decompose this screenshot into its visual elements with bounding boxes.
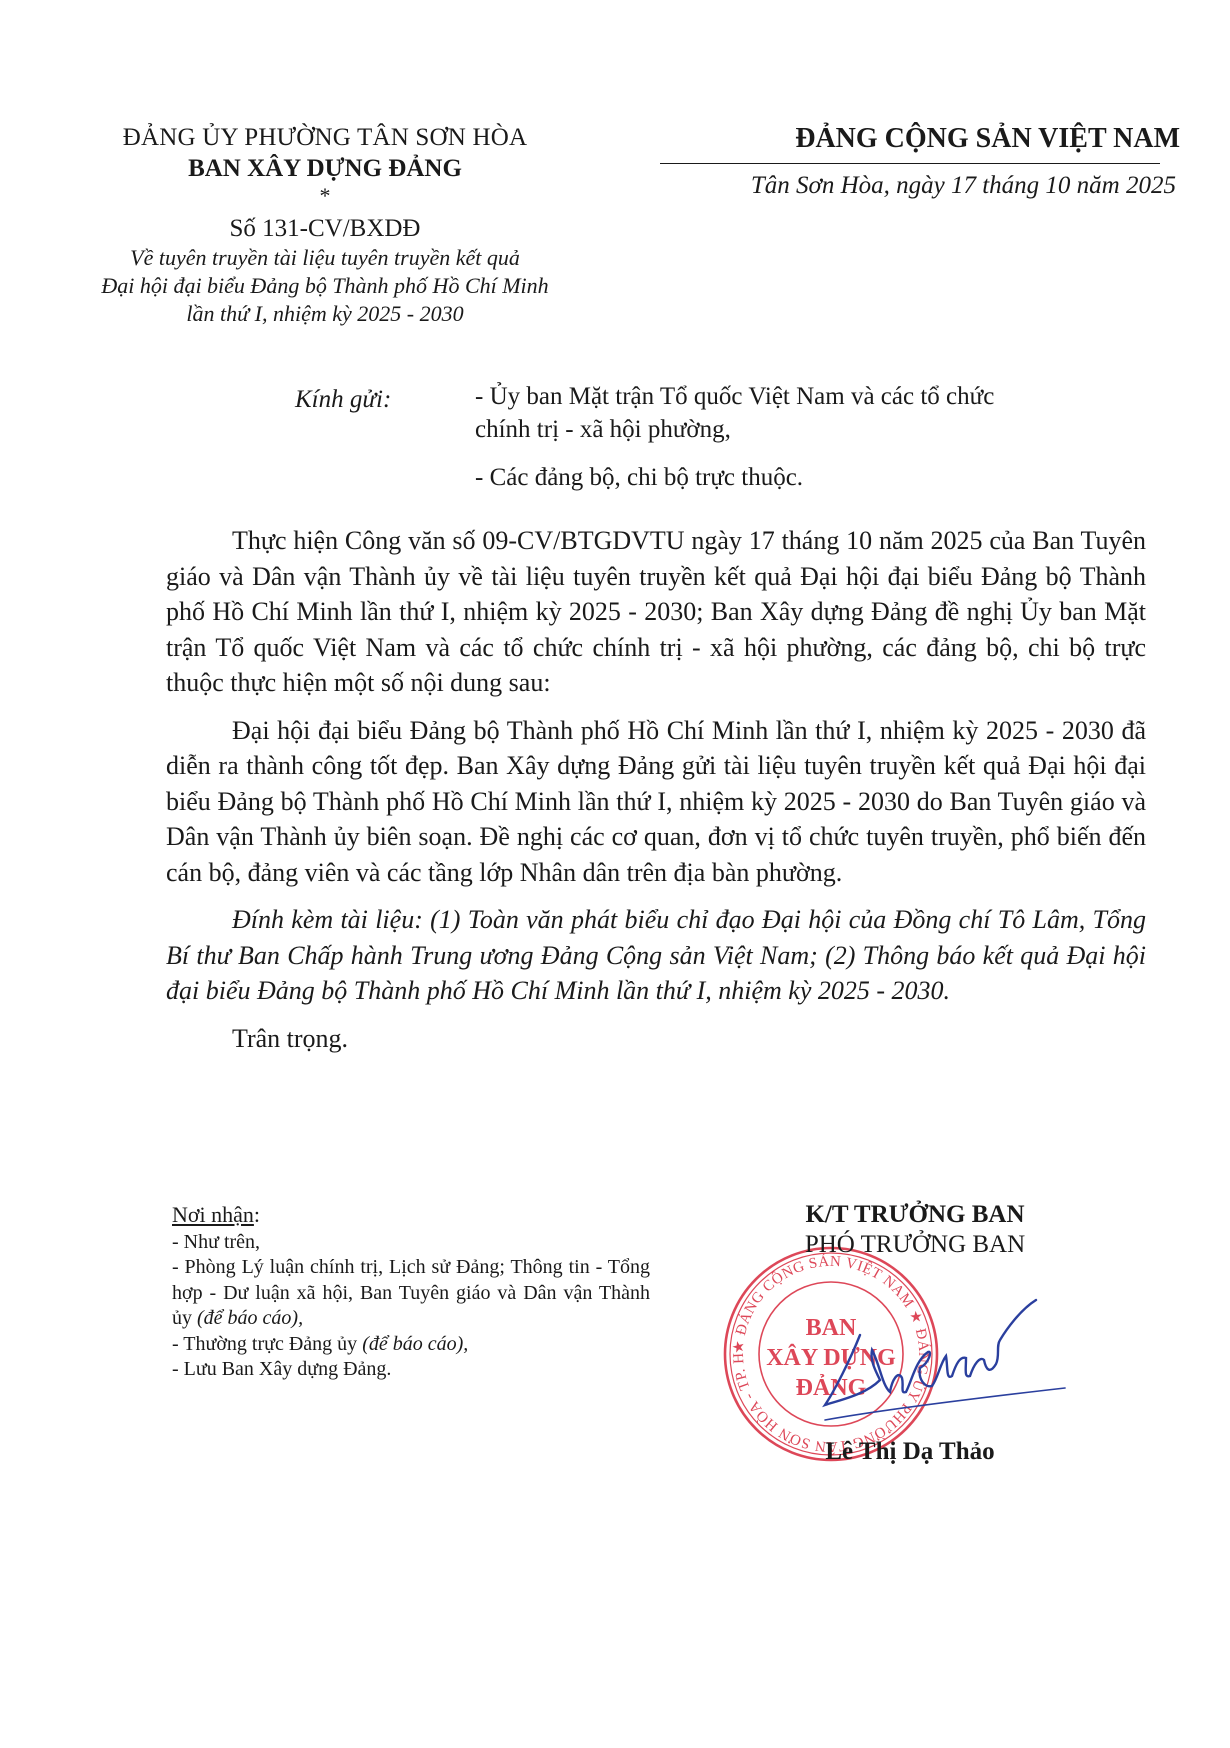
body-paragraph: Đại hội đại biểu Đảng bộ Thành phố Hồ Ch… bbox=[166, 713, 1146, 891]
signature-block: K/T TRƯỞNG BAN PHÓ TRƯỞNG BAN bbox=[755, 1200, 1075, 1260]
separator-star: * bbox=[90, 186, 560, 206]
signer-name: Lê Thị Dạ Thảo bbox=[760, 1438, 1060, 1466]
signer-title-primary: K/T TRƯỞNG BAN bbox=[755, 1200, 1075, 1230]
addressee-item: - Các đảng bộ, chi bộ trực thuộc. bbox=[475, 461, 1035, 494]
subject-line: Đại hội đại biểu Đảng bộ Thành phố Hồ Ch… bbox=[90, 272, 560, 300]
closing: Trân trọng. bbox=[166, 1021, 1146, 1057]
addressee-list: - Ủy ban Mặt trận Tổ quốc Việt Nam và cá… bbox=[475, 380, 1035, 509]
signer-title-secondary: PHÓ TRƯỞNG BAN bbox=[755, 1230, 1075, 1260]
recipient-text: - Thường trực Đảng ủy bbox=[172, 1333, 362, 1355]
recipients-block: Nơi nhận: - Như trên, - Phòng Lý luận ch… bbox=[172, 1202, 650, 1383]
addressee-item: - Ủy ban Mặt trận Tổ quốc Việt Nam và cá… bbox=[475, 380, 1035, 446]
recipient-text: - Lưu Ban Xây dựng Đảng. bbox=[172, 1358, 391, 1380]
body-paragraph: Thực hiện Công văn số 09-CV/BTGDVTU ngày… bbox=[166, 523, 1146, 701]
recipient-note: (để báo cáo), bbox=[197, 1307, 303, 1329]
place-date: Tân Sơn Hòa, ngày 17 tháng 10 năm 2025 bbox=[660, 170, 1176, 202]
attachment-note: Đính kèm tài liệu: (1) Toàn văn phát biể… bbox=[166, 902, 1146, 1009]
document-number: Số 131-CV/BXDĐ bbox=[90, 214, 560, 244]
recipient-item: - Phòng Lý luận chính trị, Lịch sử Đảng;… bbox=[172, 1255, 650, 1332]
handwritten-signature-icon bbox=[820, 1260, 1080, 1430]
recipient-note: (để báo cáo), bbox=[362, 1333, 468, 1355]
subject-line: Về tuyên truyền tài liệu tuyên truyền kế… bbox=[90, 244, 560, 272]
party-name: ĐẢNG CỘNG SẢN VIỆT NAM bbox=[795, 122, 1180, 156]
recipient-item: - Như trên, bbox=[172, 1230, 650, 1256]
subject-line: lần thứ I, nhiệm kỳ 2025 - 2030 bbox=[90, 300, 560, 328]
parent-organization: ĐẢNG ỦY PHƯỜNG TÂN SƠN HÒA bbox=[90, 122, 560, 154]
recipients-title: Nơi nhận bbox=[172, 1202, 254, 1227]
issuer-block: ĐẢNG ỦY PHƯỜNG TÂN SƠN HÒA BAN XÂY DỰNG … bbox=[90, 122, 560, 328]
recipient-text: - Như trên, bbox=[172, 1231, 260, 1253]
national-header: ĐẢNG CỘNG SẢN VIỆT NAM bbox=[660, 122, 1180, 156]
recipient-item: - Thường trực Đảng ủy (để báo cáo), bbox=[172, 1332, 650, 1358]
recipients-colon: : bbox=[254, 1202, 260, 1227]
recipient-item: - Lưu Ban Xây dựng Đảng. bbox=[172, 1357, 650, 1383]
header-underline bbox=[660, 163, 1160, 164]
addressee-label: Kính gửi: bbox=[295, 386, 391, 414]
document-body: Thực hiện Công văn số 09-CV/BTGDVTU ngày… bbox=[166, 523, 1146, 1068]
issuing-organization: BAN XÂY DỰNG ĐẢNG bbox=[90, 154, 560, 184]
